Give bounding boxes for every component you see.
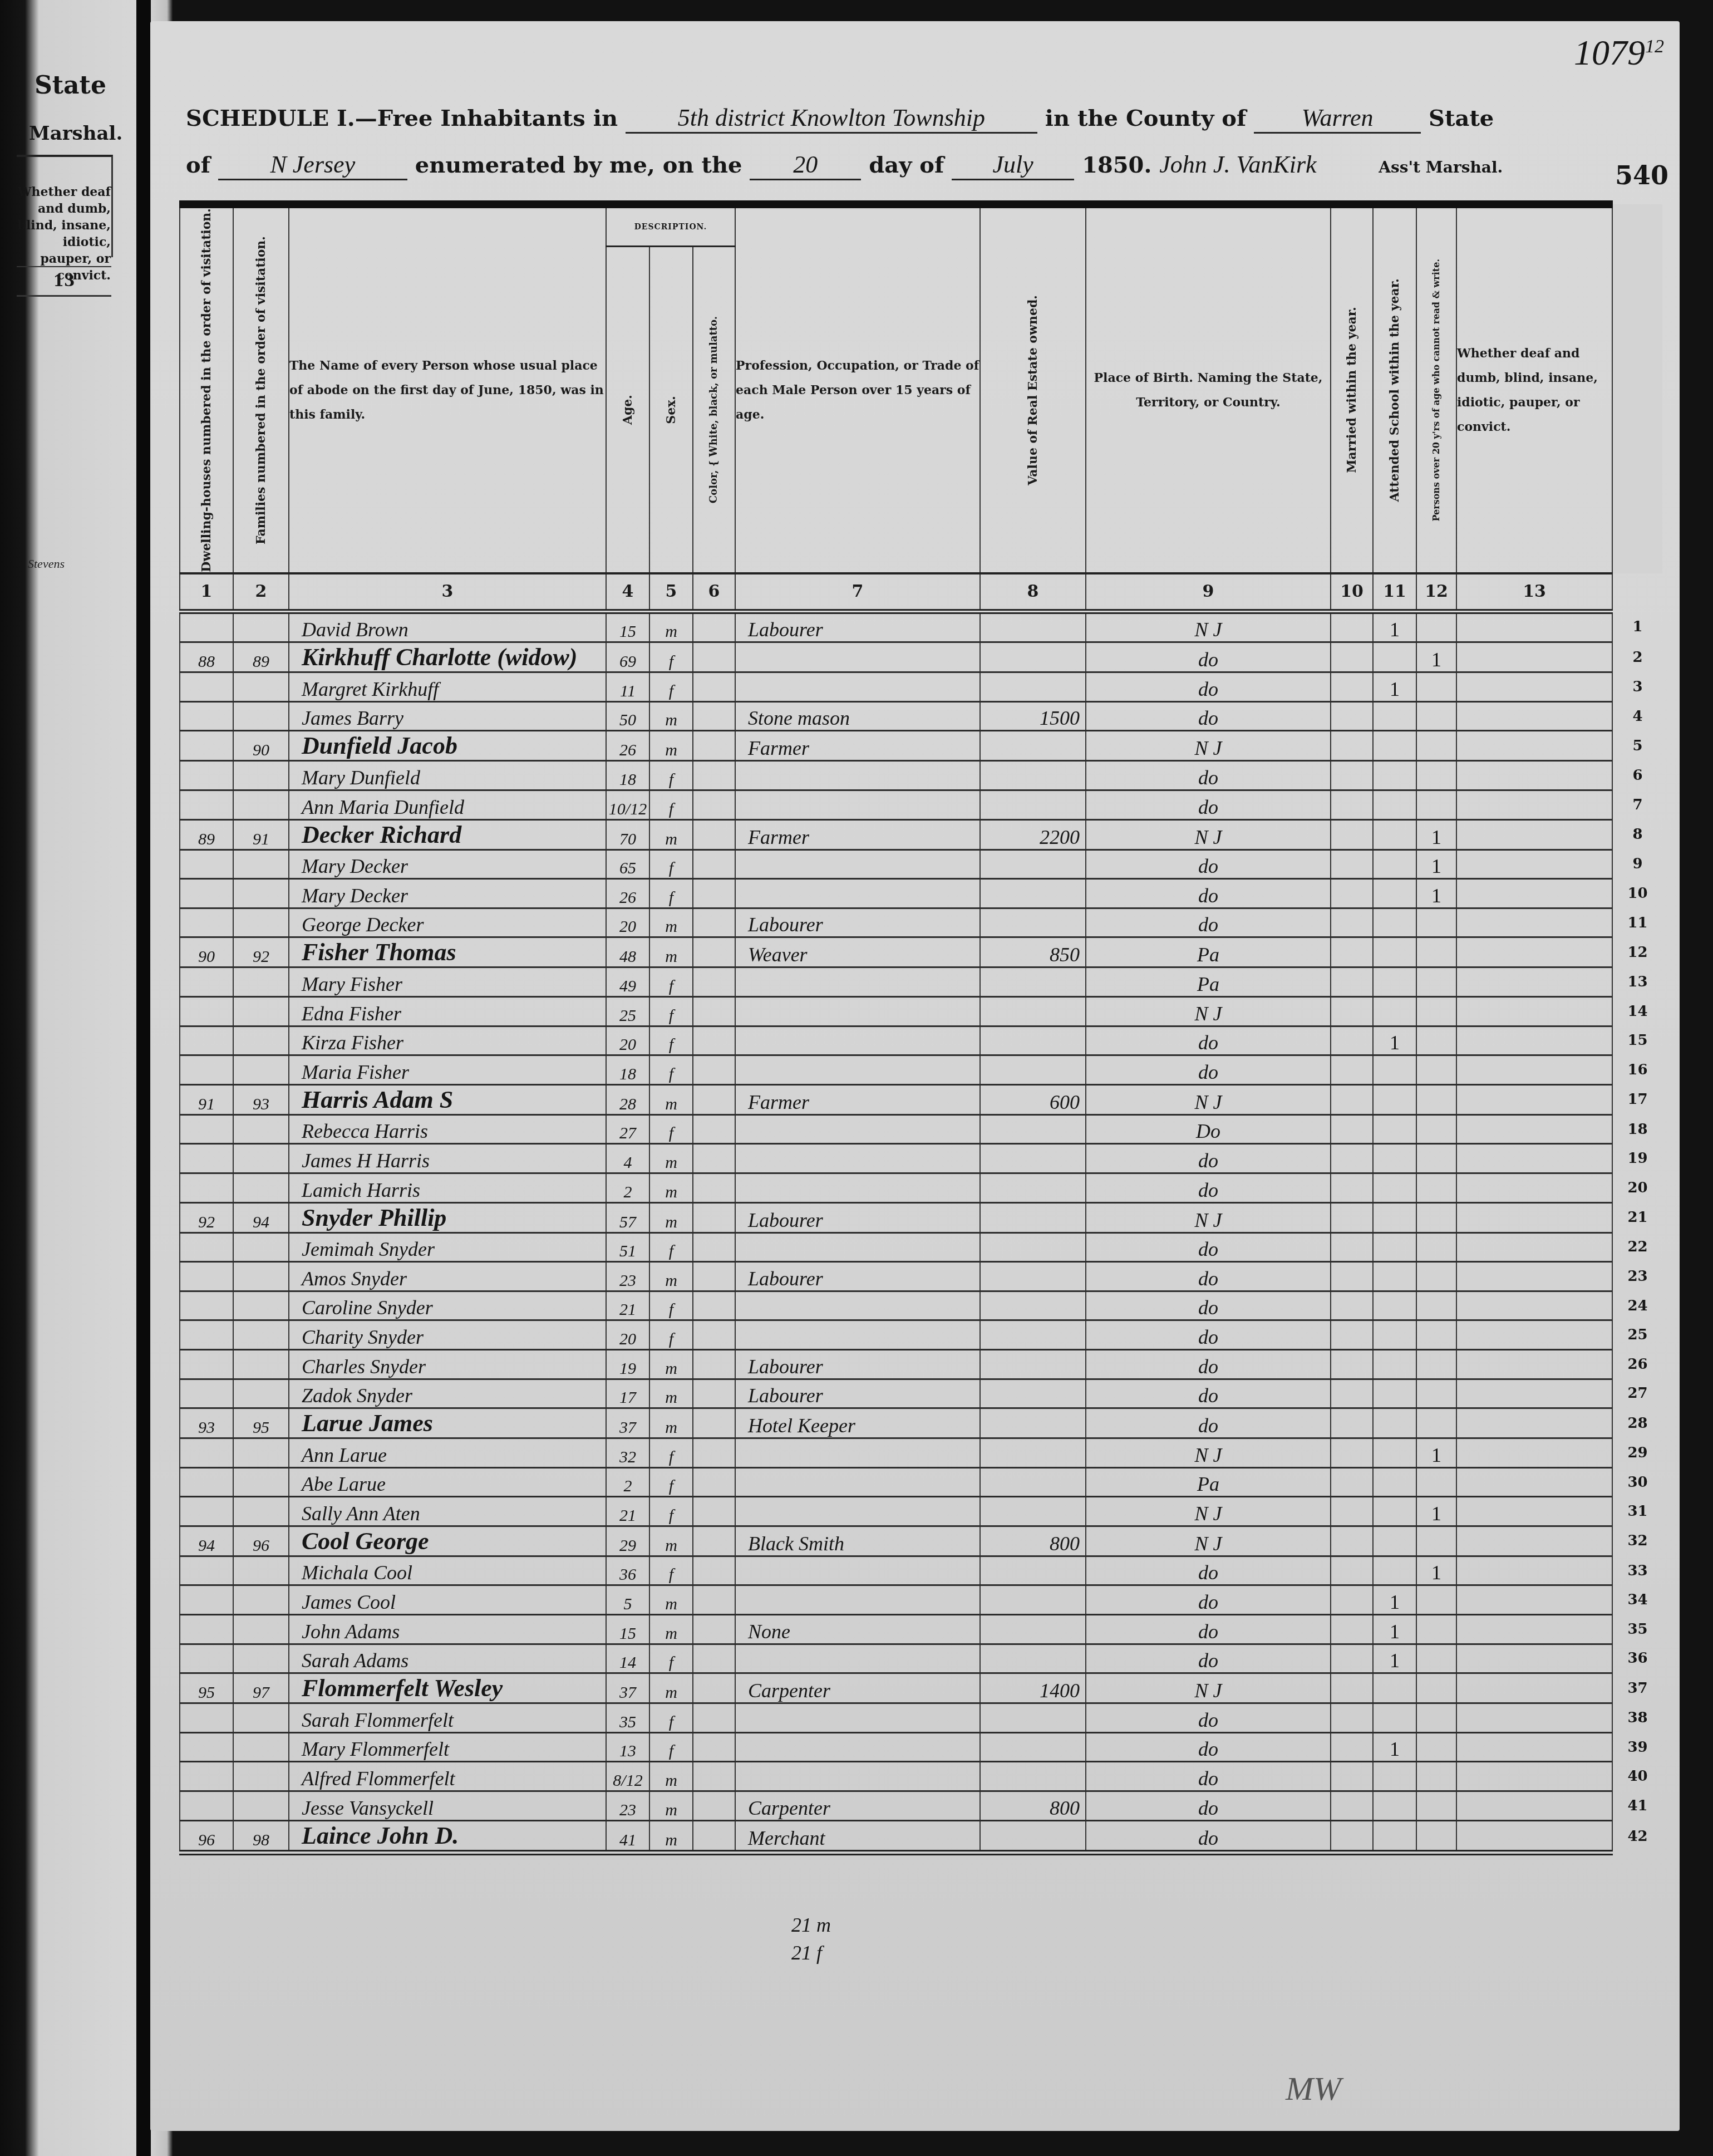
table-row: Michala Cool36fdo133 (180, 1556, 1662, 1585)
condition-cell (1456, 1703, 1612, 1733)
state-field: N Jersey (218, 150, 407, 180)
dwelling-number-cell (180, 1556, 233, 1585)
col3-header: The Name of every Person whose usual pla… (289, 204, 606, 573)
dwelling-number-cell (180, 1762, 233, 1791)
occupation-cell: Carpenter (735, 1673, 980, 1703)
age-cell: 8/12 (606, 1762, 649, 1791)
occupation-cell: Labourer (735, 908, 980, 937)
place-of-birth-cell: do (1086, 1173, 1331, 1202)
attended-school-cell (1373, 701, 1416, 731)
family-number-cell (233, 1173, 289, 1202)
sex-cell: m (649, 701, 693, 731)
sex-cell: f (649, 761, 693, 790)
color-cell (693, 937, 735, 968)
cannot-read-write-cell (1416, 1232, 1456, 1262)
table-row: David Brown15mLabourerN J11 (180, 611, 1662, 642)
person-name-cell: Ann Larue (289, 1438, 606, 1468)
condition-cell (1456, 761, 1612, 790)
family-number-cell (233, 1615, 289, 1644)
place-of-birth-cell: do (1086, 1820, 1331, 1853)
real-estate-value-cell: 1500 (980, 701, 1086, 731)
married-within-year-cell (1331, 849, 1373, 879)
dwelling-number-cell (180, 1232, 233, 1262)
person-name-cell: James Cool (289, 1585, 606, 1615)
attended-school-cell: 1 (1373, 1644, 1416, 1673)
person-name-cell: Maria Fisher (289, 1055, 606, 1085)
table-row: Jesse Vansyckell23mCarpenter800do41 (180, 1791, 1662, 1821)
table-row: 9395Larue James37mHotel Keeperdo28 (180, 1408, 1662, 1438)
dwelling-number-cell (180, 1615, 233, 1644)
condition-cell (1456, 937, 1612, 968)
col9-header: Place of Birth. Naming the State, Territ… (1086, 204, 1331, 573)
occupation-cell (735, 1055, 980, 1085)
family-number-cell (233, 672, 289, 702)
color-cell (693, 1026, 735, 1055)
attended-school-cell: 1 (1373, 1732, 1416, 1762)
line-number-cell: 29 (1612, 1438, 1662, 1468)
real-estate-value-cell (980, 1556, 1086, 1585)
dwelling-number-cell: 88 (180, 642, 233, 672)
age-cell: 37 (606, 1673, 649, 1703)
person-name-cell: Mary Decker (289, 879, 606, 908)
person-name-cell: Charity Snyder (289, 1320, 606, 1350)
person-name-cell: James Barry (289, 701, 606, 731)
line-number-cell: 17 (1612, 1084, 1662, 1114)
color-cell (693, 1732, 735, 1762)
line-number-cell: 31 (1612, 1497, 1662, 1526)
place-of-birth-cell: do (1086, 1144, 1331, 1173)
married-within-year-cell (1331, 1144, 1373, 1173)
condition-cell (1456, 1144, 1612, 1173)
person-name-cell: Mary Flommerfelt (289, 1732, 606, 1762)
family-number-cell (233, 611, 289, 642)
person-name-cell: Michala Cool (289, 1556, 606, 1585)
family-number-cell (233, 1055, 289, 1085)
person-name-cell: Margret Kirkhuff (289, 672, 606, 702)
married-within-year-cell (1331, 968, 1373, 997)
married-within-year-cell (1331, 1673, 1373, 1703)
line-number-cell: 18 (1612, 1114, 1662, 1144)
attended-school-cell (1373, 1556, 1416, 1585)
table-row: Mary Flommerfelt13fdo139 (180, 1732, 1662, 1762)
person-name-cell: Lamich Harris (289, 1173, 606, 1202)
occupation-cell: Farmer (735, 1084, 980, 1114)
place-of-birth-cell: do (1086, 1055, 1331, 1085)
attended-school-cell (1373, 996, 1416, 1026)
family-number-cell: 97 (233, 1673, 289, 1703)
line-number-cell: 25 (1612, 1320, 1662, 1350)
attended-school-cell (1373, 849, 1416, 879)
color-cell (693, 1467, 735, 1497)
occupation-cell (735, 968, 980, 997)
year: 1850. (1082, 152, 1151, 178)
attended-school-cell (1373, 1262, 1416, 1291)
sex-cell: f (649, 849, 693, 879)
place-of-birth-cell: Pa (1086, 1467, 1331, 1497)
place-of-birth-cell: N J (1086, 1497, 1331, 1526)
occupation-cell (735, 1762, 980, 1791)
condition-cell (1456, 1320, 1612, 1350)
real-estate-value-cell: 2200 (980, 819, 1086, 849)
cannot-read-write-cell (1416, 1320, 1456, 1350)
family-number-cell (233, 1438, 289, 1468)
color-cell (693, 908, 735, 937)
dwelling-number-cell (180, 1173, 233, 1202)
sex-cell: f (649, 672, 693, 702)
line-number-cell: 32 (1612, 1526, 1662, 1556)
tally-notes: 21 m 21 f (791, 1911, 831, 1967)
color-cell (693, 1114, 735, 1144)
person-name-cell: Sarah Flommerfelt (289, 1703, 606, 1733)
married-within-year-cell (1331, 1820, 1373, 1853)
attended-school-cell (1373, 1349, 1416, 1379)
sex-cell: f (649, 1232, 693, 1262)
place-of-birth-cell: do (1086, 1732, 1331, 1762)
line-number-cell: 6 (1612, 761, 1662, 790)
person-name-cell: Larue James (289, 1408, 606, 1438)
table-row: John Adams15mNonedo135 (180, 1615, 1662, 1644)
person-name-cell: Jesse Vansyckell (289, 1791, 606, 1821)
real-estate-value-cell (980, 1232, 1086, 1262)
real-estate-value-cell (980, 731, 1086, 761)
married-within-year-cell (1331, 1762, 1373, 1791)
condition-cell (1456, 1379, 1612, 1408)
place-of-birth-cell: do (1086, 1291, 1331, 1320)
dwelling-number-cell (180, 1055, 233, 1085)
sex-cell: m (649, 1762, 693, 1791)
col2-header: Families numbered in the order of visita… (233, 204, 289, 573)
month-field: July (952, 150, 1074, 180)
attended-school-cell (1373, 1084, 1416, 1114)
family-number-cell (233, 1762, 289, 1791)
attended-school-cell (1373, 1497, 1416, 1526)
married-within-year-cell (1331, 1497, 1373, 1526)
sex-cell: m (649, 908, 693, 937)
table-row: Amos Snyder23mLabourerdo23 (180, 1262, 1662, 1291)
occupation-cell (735, 1026, 980, 1055)
place-of-birth-cell: do (1086, 701, 1331, 731)
cannot-read-write-cell (1416, 996, 1456, 1026)
sex-cell: f (649, 1114, 693, 1144)
age-cell: 2 (606, 1467, 649, 1497)
sex-cell: f (649, 1732, 693, 1762)
real-estate-value-cell (980, 1055, 1086, 1085)
family-number-cell: 92 (233, 937, 289, 968)
person-name-cell: Flommerfelt Wesley (289, 1673, 606, 1703)
occupation-cell: Merchant (735, 1820, 980, 1853)
color-cell (693, 611, 735, 642)
family-number-cell: 95 (233, 1408, 289, 1438)
condition-cell (1456, 1349, 1612, 1379)
condition-cell (1456, 1820, 1612, 1853)
attended-school-cell (1373, 1467, 1416, 1497)
place-of-birth-cell: Pa (1086, 968, 1331, 997)
real-estate-value-cell (980, 1762, 1086, 1791)
real-estate-value-cell (980, 908, 1086, 937)
col4-header: Age. (606, 247, 649, 573)
age-cell: 23 (606, 1791, 649, 1821)
attended-school-cell: 1 (1373, 672, 1416, 702)
color-cell (693, 731, 735, 761)
line-number-cell: 2 (1612, 642, 1662, 672)
place-of-birth-cell: N J (1086, 611, 1331, 642)
line-number-cell: 30 (1612, 1467, 1662, 1497)
condition-cell (1456, 1526, 1612, 1556)
age-cell: 50 (606, 701, 649, 731)
line-number-cell: 5 (1612, 731, 1662, 761)
col6-header: Color, { White, black, or mulatto. (693, 247, 735, 573)
married-within-year-cell (1331, 1026, 1373, 1055)
person-name-cell: Amos Snyder (289, 1262, 606, 1291)
sex-cell: m (649, 1820, 693, 1853)
dwelling-number-cell (180, 1467, 233, 1497)
age-cell: 29 (606, 1526, 649, 1556)
real-estate-value-cell (980, 1408, 1086, 1438)
line-number-cell: 35 (1612, 1615, 1662, 1644)
color-cell (693, 672, 735, 702)
color-cell (693, 701, 735, 731)
age-cell: 36 (606, 1556, 649, 1585)
sex-cell: m (649, 731, 693, 761)
dwelling-number-cell: 96 (180, 1820, 233, 1853)
family-number-cell (233, 879, 289, 908)
occupation-cell (735, 1556, 980, 1585)
attended-school-cell (1373, 1673, 1416, 1703)
cannot-read-write-cell (1416, 1585, 1456, 1615)
condition-cell (1456, 1026, 1612, 1055)
married-within-year-cell (1331, 819, 1373, 849)
dwelling-number-cell: 95 (180, 1673, 233, 1703)
place-of-birth-cell: do (1086, 672, 1331, 702)
color-cell (693, 1644, 735, 1673)
table-row: 9496Cool George29mBlack Smith800N J32 (180, 1526, 1662, 1556)
cannot-read-write-cell: 1 (1416, 642, 1456, 672)
color-cell (693, 1055, 735, 1085)
condition-cell (1456, 642, 1612, 672)
occupation-cell (735, 996, 980, 1026)
age-cell: 48 (606, 937, 649, 968)
attended-school-cell (1373, 1320, 1416, 1350)
table-row: Zadok Snyder17mLabourerdo27 (180, 1379, 1662, 1408)
age-cell: 13 (606, 1732, 649, 1762)
line-number-cell: 38 (1612, 1703, 1662, 1733)
description-group-header: DESCRIPTION. (606, 204, 735, 247)
family-number-cell (233, 1291, 289, 1320)
condition-cell (1456, 1291, 1612, 1320)
attended-school-cell: 1 (1373, 1026, 1416, 1055)
occupation-cell (735, 1703, 980, 1733)
family-number-cell (233, 1232, 289, 1262)
family-number-cell: 93 (233, 1084, 289, 1114)
married-within-year-cell (1331, 1526, 1373, 1556)
age-cell: 14 (606, 1644, 649, 1673)
attended-school-cell (1373, 1144, 1416, 1173)
line-number-cell: 12 (1612, 937, 1662, 968)
person-name-cell: Ann Maria Dunfield (289, 790, 606, 820)
table-row: Sally Ann Aten21fN J131 (180, 1497, 1662, 1526)
attended-school-cell (1373, 908, 1416, 937)
age-cell: 20 (606, 1026, 649, 1055)
cannot-read-write-cell (1416, 1055, 1456, 1085)
sex-cell: f (649, 1644, 693, 1673)
condition-cell (1456, 790, 1612, 820)
occupation-cell: Hotel Keeper (735, 1408, 980, 1438)
person-name-cell: Mary Dunfield (289, 761, 606, 790)
married-within-year-cell (1331, 1349, 1373, 1379)
family-number-cell (233, 1644, 289, 1673)
sex-cell: f (649, 1291, 693, 1320)
family-number-cell: 94 (233, 1202, 289, 1232)
age-cell: 65 (606, 849, 649, 879)
married-within-year-cell (1331, 1791, 1373, 1821)
left-margin-note: Stevens (28, 557, 65, 571)
table-row: 9698Laince John D.41mMerchantdo42 (180, 1820, 1662, 1853)
person-name-cell: Kirkhuff Charlotte (widow) (289, 642, 606, 672)
age-cell: 57 (606, 1202, 649, 1232)
line-number-cell: 24 (1612, 1291, 1662, 1320)
district-field: 5th district Knowlton Township (626, 104, 1037, 134)
place-of-birth-cell: do (1086, 1320, 1331, 1350)
married-within-year-cell (1331, 1173, 1373, 1202)
dwelling-number-cell (180, 731, 233, 761)
place-of-birth-cell: do (1086, 1026, 1331, 1055)
line-number-cell: 10 (1612, 879, 1662, 908)
place-of-birth-cell: do (1086, 790, 1331, 820)
married-within-year-cell (1331, 1644, 1373, 1673)
table-row: Ann Larue32fN J129 (180, 1438, 1662, 1468)
sex-cell: m (649, 1526, 693, 1556)
attended-school-cell (1373, 1762, 1416, 1791)
place-of-birth-cell: do (1086, 1791, 1331, 1821)
left-state-label: State (35, 71, 106, 100)
line-number-cell: 34 (1612, 1585, 1662, 1615)
attended-school-cell (1373, 1526, 1416, 1556)
line-number-cell: 4 (1612, 701, 1662, 731)
dwelling-number-cell (180, 1349, 233, 1379)
family-number-cell (233, 1026, 289, 1055)
schedule-title: SCHEDULE I.—Free Inhabitants in (186, 105, 618, 131)
line-number-cell: 23 (1612, 1262, 1662, 1291)
occupation-cell: Stone mason (735, 701, 980, 731)
col8-header: Value of Real Estate owned. (980, 204, 1086, 573)
sex-cell: m (649, 1585, 693, 1615)
cannot-read-write-cell: 1 (1416, 1556, 1456, 1585)
dwelling-number-cell (180, 1144, 233, 1173)
real-estate-value-cell: 850 (980, 937, 1086, 968)
occupation-cell: Labourer (735, 611, 980, 642)
sex-cell: f (649, 879, 693, 908)
occupation-cell: Carpenter (735, 1791, 980, 1821)
age-cell: 11 (606, 672, 649, 702)
real-estate-value-cell: 800 (980, 1791, 1086, 1821)
condition-cell (1456, 611, 1612, 642)
occupation-cell: Labourer (735, 1379, 980, 1408)
person-name-cell: Mary Fisher (289, 968, 606, 997)
col12-header: Persons over 20 y'rs of age who cannot r… (1416, 204, 1456, 573)
condition-cell (1456, 672, 1612, 702)
attended-school-cell (1373, 1379, 1416, 1408)
dwelling-number-cell (180, 1732, 233, 1762)
family-number-cell (233, 1467, 289, 1497)
family-number-cell (233, 761, 289, 790)
cannot-read-write-cell (1416, 1732, 1456, 1762)
line-number-cell: 9 (1612, 849, 1662, 879)
dwelling-number-cell (180, 1791, 233, 1821)
color-cell (693, 1408, 735, 1438)
table-row: Kirza Fisher20fdo115 (180, 1026, 1662, 1055)
person-name-cell: Zadok Snyder (289, 1379, 606, 1408)
attended-school-cell (1373, 1114, 1416, 1144)
line-number-cell: 39 (1612, 1732, 1662, 1762)
family-number-cell: 96 (233, 1526, 289, 1556)
age-cell: 20 (606, 1320, 649, 1350)
color-cell (693, 1820, 735, 1853)
occupation-cell (735, 1320, 980, 1350)
sex-cell: m (649, 1615, 693, 1644)
condition-cell (1456, 1408, 1612, 1438)
dwelling-number-cell (180, 1026, 233, 1055)
real-estate-value-cell (980, 879, 1086, 908)
married-within-year-cell (1331, 1379, 1373, 1408)
col1-header: Dwelling-houses numbered in the order of… (180, 204, 233, 573)
col10-header: Married within the year. (1331, 204, 1373, 573)
cannot-read-write-cell (1416, 790, 1456, 820)
dwelling-number-cell: 92 (180, 1202, 233, 1232)
attended-school-cell (1373, 819, 1416, 849)
sheet-number: 540 (1615, 160, 1668, 190)
left-column-number: 13 (17, 266, 111, 297)
condition-cell (1456, 1173, 1612, 1202)
family-number-cell (233, 1732, 289, 1762)
color-cell (693, 1791, 735, 1821)
table-row: Mary Dunfield18fdo6 (180, 761, 1662, 790)
family-number-cell (233, 1144, 289, 1173)
color-cell (693, 1173, 735, 1202)
person-name-cell: Alfred Flommerfelt (289, 1762, 606, 1791)
occupation-cell: Weaver (735, 937, 980, 968)
dwelling-number-cell (180, 1585, 233, 1615)
married-within-year-cell (1331, 937, 1373, 968)
family-number-cell (233, 1320, 289, 1350)
age-cell: 27 (606, 1114, 649, 1144)
place-of-birth-cell: do (1086, 908, 1331, 937)
condition-cell (1456, 819, 1612, 849)
line-number-cell: 36 (1612, 1644, 1662, 1673)
sex-cell: m (649, 937, 693, 968)
married-within-year-cell (1331, 1732, 1373, 1762)
place-of-birth-cell: do (1086, 1615, 1331, 1644)
real-estate-value-cell (980, 1262, 1086, 1291)
line-number-cell: 14 (1612, 996, 1662, 1026)
occupation-cell: Farmer (735, 731, 980, 761)
age-cell: 23 (606, 1262, 649, 1291)
table-row: James Barry50mStone mason1500do4 (180, 701, 1662, 731)
condition-cell (1456, 1732, 1612, 1762)
table-row: 8991Decker Richard70mFarmer2200N J18 (180, 819, 1662, 849)
real-estate-value-cell: 600 (980, 1084, 1086, 1114)
family-number-cell (233, 790, 289, 820)
line-number-cell: 15 (1612, 1026, 1662, 1055)
place-of-birth-cell: N J (1086, 1438, 1331, 1468)
cannot-read-write-cell (1416, 1173, 1456, 1202)
cannot-read-write-cell: 1 (1416, 879, 1456, 908)
dwelling-number-cell (180, 996, 233, 1026)
condition-cell (1456, 1232, 1612, 1262)
place-of-birth-cell: N J (1086, 819, 1331, 849)
reviewer-initials: MW (1286, 2070, 1341, 2108)
married-within-year-cell (1331, 1055, 1373, 1085)
sex-cell: f (649, 1497, 693, 1526)
